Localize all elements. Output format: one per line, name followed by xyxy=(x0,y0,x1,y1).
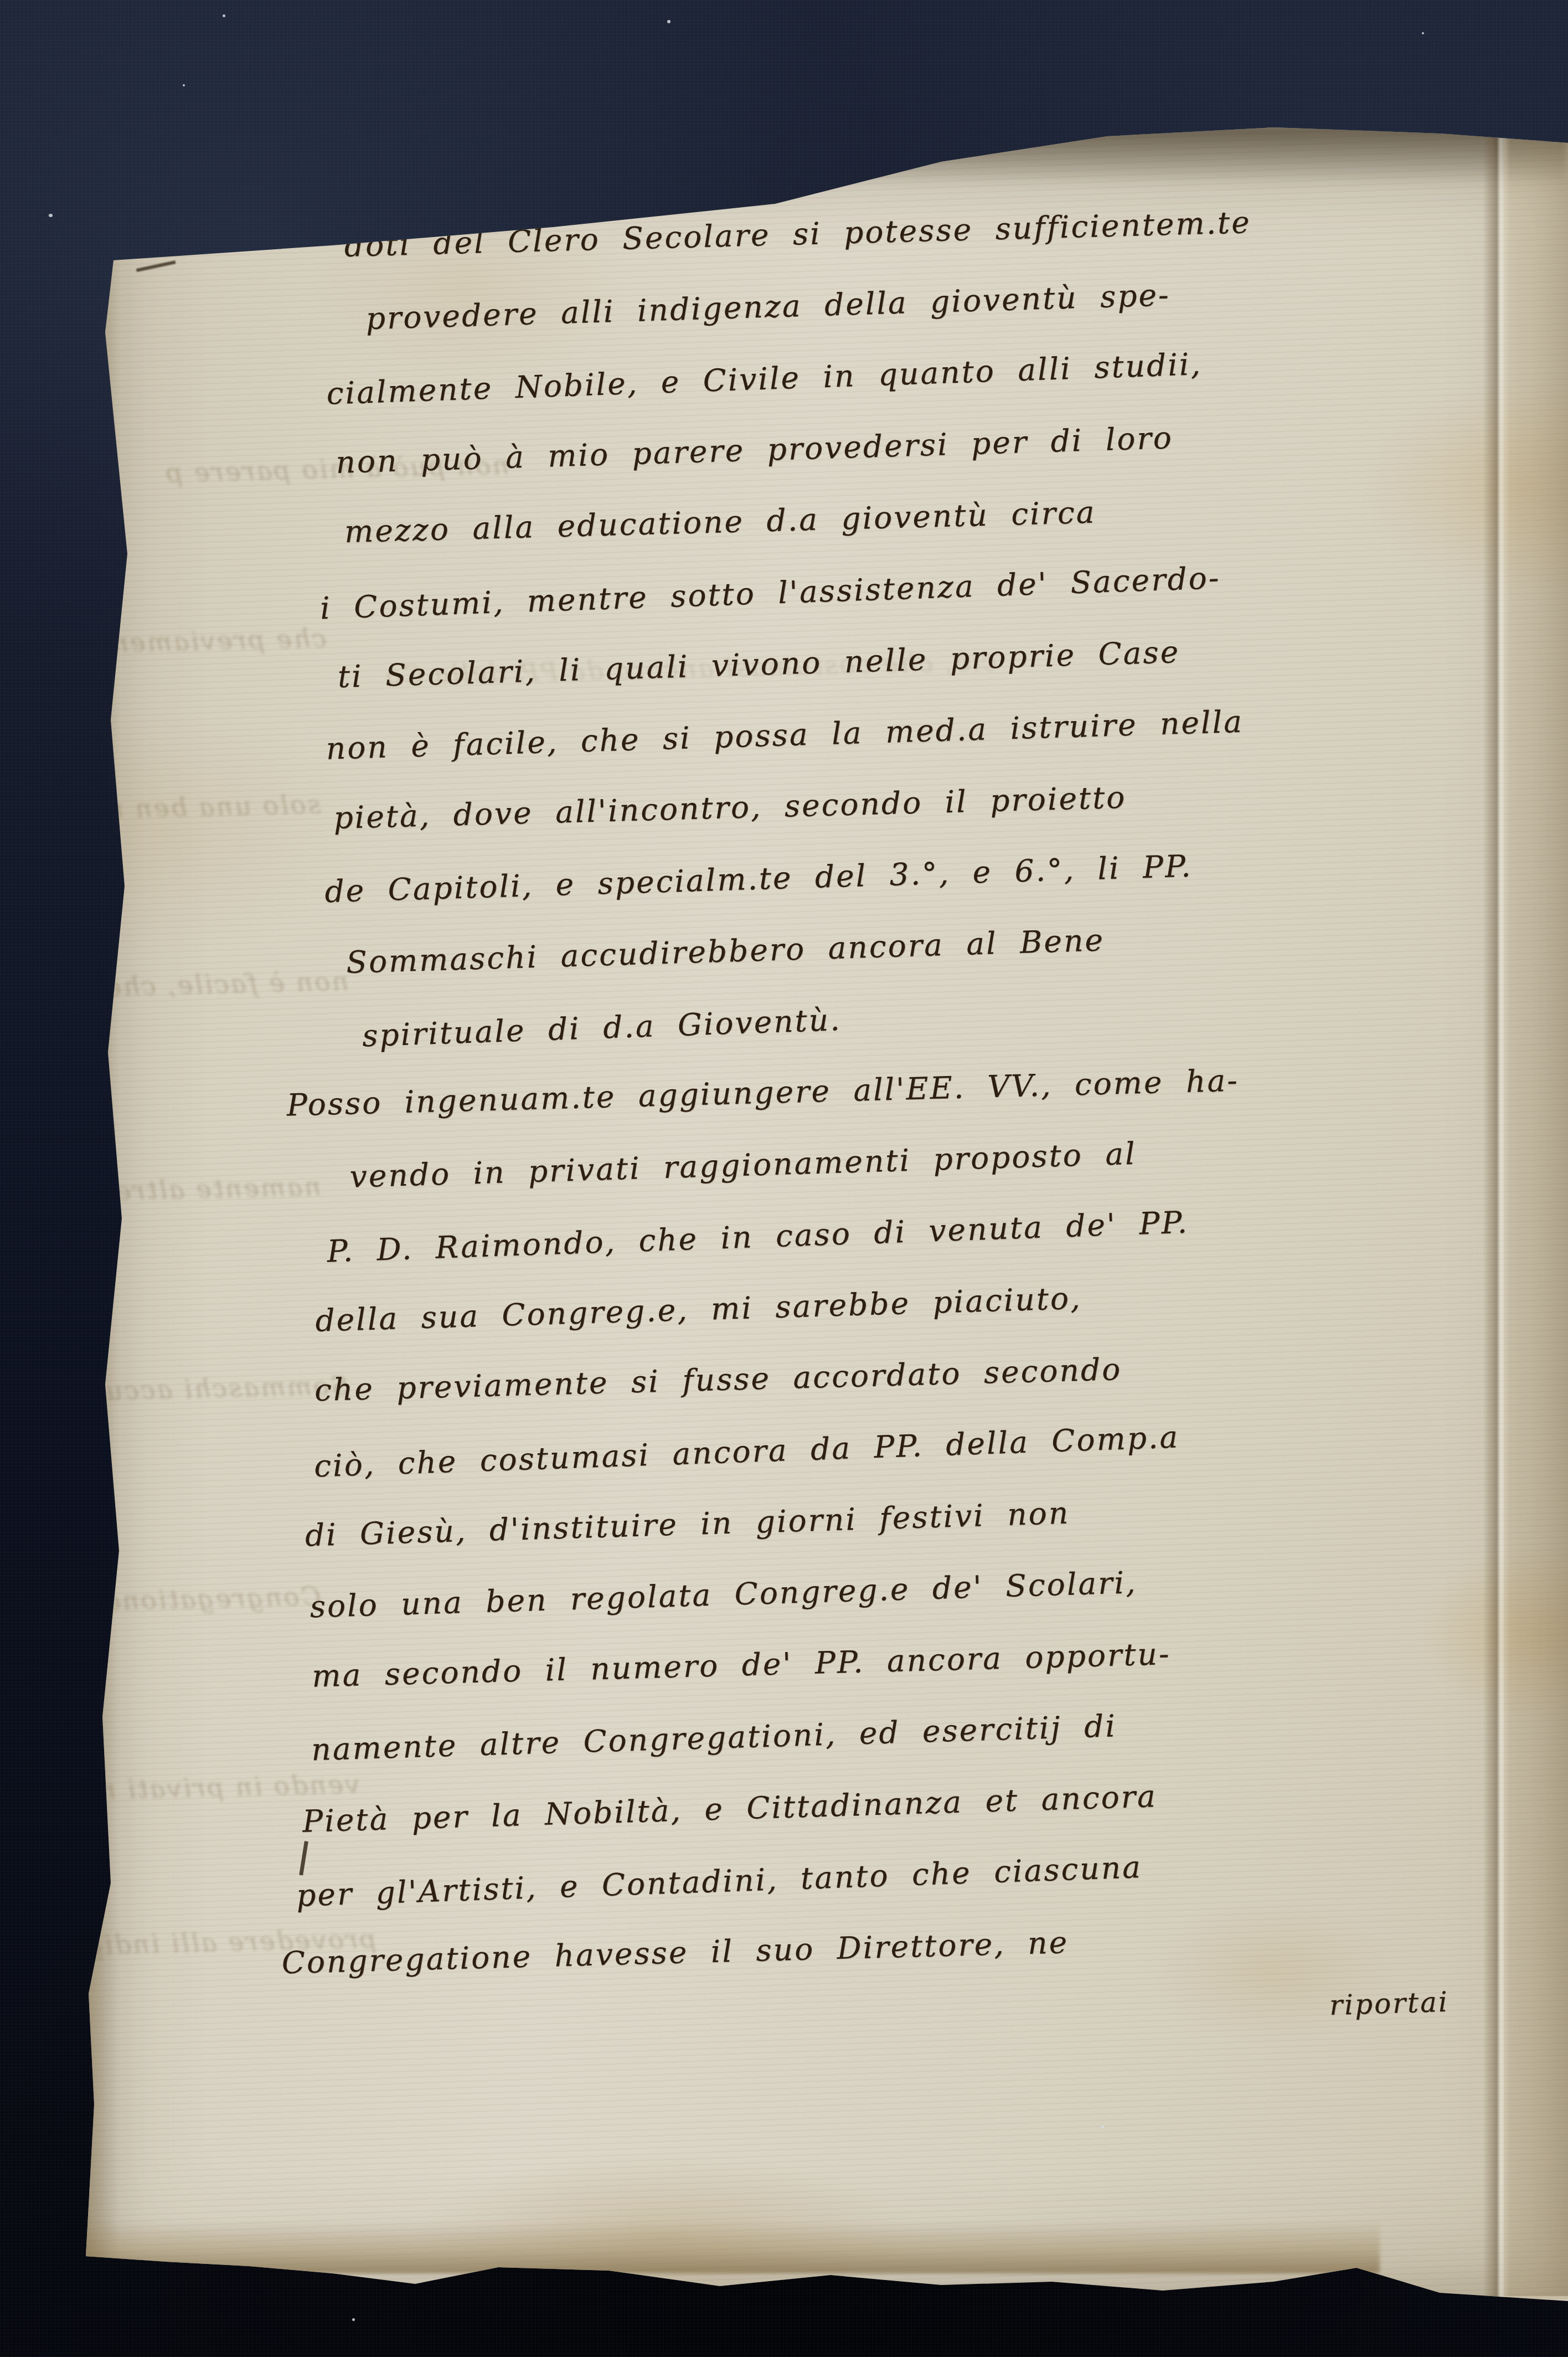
bleedthrough-ghost-text: Sommaschi accudirebbero ancora al Bene xyxy=(88,1371,349,1419)
bleedthrough-ghost-text: che previamente si fusse accordato secon… xyxy=(94,623,327,671)
bleedthrough-ghost-text: namente altre Congregationi, ed eserciti… xyxy=(82,1171,322,1219)
fold-right-strip xyxy=(1504,136,1568,2299)
top-edge-shadow xyxy=(94,125,1568,186)
bottom-deckle-edge xyxy=(83,2221,1380,2273)
dust-speck xyxy=(223,14,225,17)
dust-speck xyxy=(1101,2126,1104,2128)
photograph-scene: non può à mio parere provedersi per di l… xyxy=(0,0,1568,2357)
bleedthrough-ghost-text: non è facile, che si possa la med.a istr… xyxy=(88,966,349,1015)
dust-speck xyxy=(667,20,670,23)
dust-speck xyxy=(183,84,185,86)
handwritten-text-block: doti del Clero Secolare si potesse suffi… xyxy=(313,180,1481,2070)
bleedthrough-ghost-text: solo una ben regolata Congreg.e de' Scol… xyxy=(82,789,322,837)
dust-speck xyxy=(49,214,53,217)
dust-speck xyxy=(1422,32,1424,34)
dust-speck xyxy=(352,2318,355,2321)
bleedthrough-ghost-text: Congregatione havesse il suo Direttore, … xyxy=(82,1581,322,1629)
manuscript-page: non può à mio parere provedersi per di l… xyxy=(0,0,1568,2357)
